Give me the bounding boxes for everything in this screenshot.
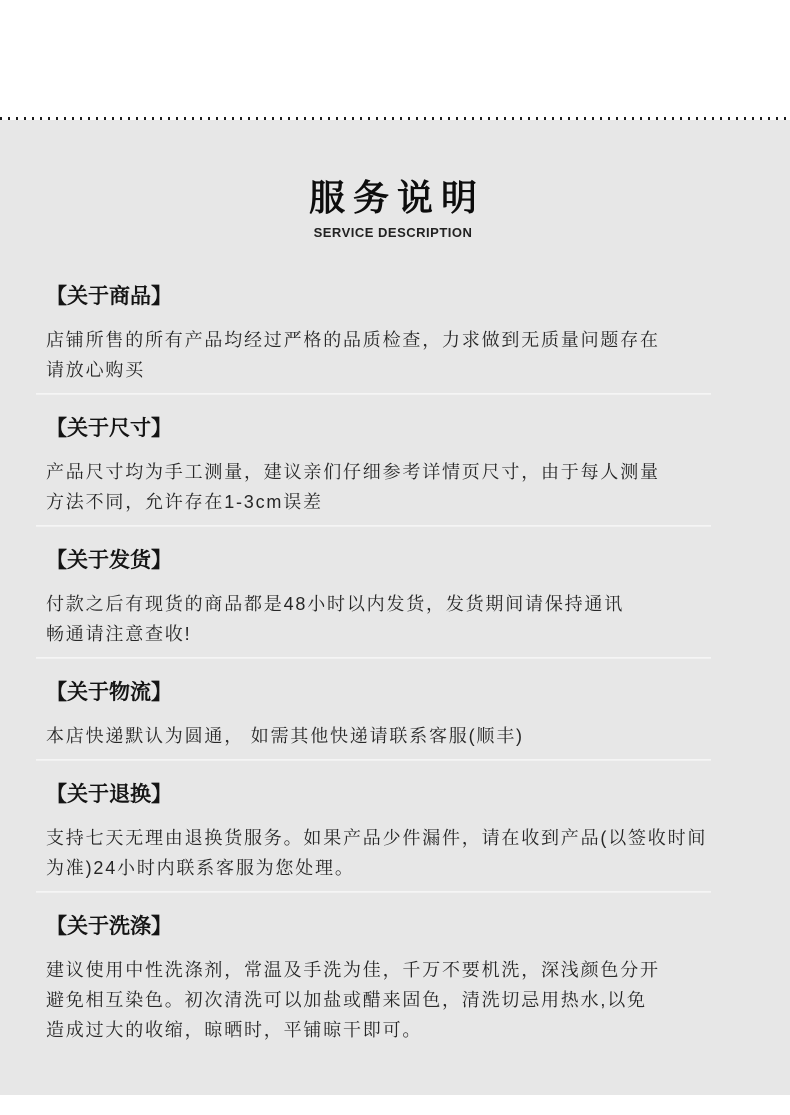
section-washing-body: 建议使用中性洗涤剂，常温及手洗为佳，千万不要机洗，深浅颜色分开 避免相互染色。初…	[46, 955, 740, 1045]
section-logistics-body: 本店快递默认为圆通， 如需其他快递请联系客服(顺丰)	[46, 721, 740, 751]
panel-header: 服务说明 SERVICE DESCRIPTION	[46, 180, 740, 239]
body-line: 请放心购买	[46, 355, 740, 385]
body-line: 本店快递默认为圆通， 如需其他快递请联系客服(顺丰)	[46, 721, 740, 751]
section-returns-heading: 【关于退换】	[46, 783, 740, 806]
section-washing-heading: 【关于洗涤】	[46, 915, 740, 938]
body-line: 为准)24小时内联系客服为您处理。	[46, 853, 740, 883]
section-product-heading: 【关于商品】	[46, 285, 740, 308]
page-subtitle: SERVICE DESCRIPTION	[46, 226, 740, 239]
section-divider	[36, 525, 711, 527]
section-shipping-heading: 【关于发货】	[46, 549, 740, 572]
section-product-body: 店铺所售的所有产品均经过严格的品质检查，力求做到无质量问题存在 请放心购买	[46, 325, 740, 385]
section-size-heading: 【关于尺寸】	[46, 417, 740, 440]
body-line: 支持七天无理由退换货服务。如果产品少件漏件，请在收到产品(以签收时间	[46, 823, 740, 853]
service-description-page: 服务说明 SERVICE DESCRIPTION 【关于商品】 店铺所售的所有产…	[0, 0, 790, 1115]
body-line: 产品尺寸均为手工测量，建议亲们仔细参考详情页尺寸，由于每人测量	[46, 457, 740, 487]
service-panel: 服务说明 SERVICE DESCRIPTION 【关于商品】 店铺所售的所有产…	[0, 120, 790, 1095]
body-line: 店铺所售的所有产品均经过严格的品质检查，力求做到无质量问题存在	[46, 325, 740, 355]
section-size: 【关于尺寸】 产品尺寸均为手工测量，建议亲们仔细参考详情页尺寸，由于每人测量 方…	[46, 417, 740, 517]
section-shipping-body: 付款之后有现货的商品都是48小时以内发货，发货期间请保持通讯 畅通请注意查收!	[46, 589, 740, 649]
page-title: 服务说明	[46, 180, 740, 216]
section-washing: 【关于洗涤】 建议使用中性洗涤剂，常温及手洗为佳，千万不要机洗，深浅颜色分开 避…	[46, 915, 740, 1045]
section-divider	[36, 393, 711, 395]
section-size-body: 产品尺寸均为手工测量，建议亲们仔细参考详情页尺寸，由于每人测量 方法不同，允许存…	[46, 457, 740, 517]
section-divider	[36, 891, 711, 893]
top-white-spacer	[0, 0, 790, 117]
section-product: 【关于商品】 店铺所售的所有产品均经过严格的品质检查，力求做到无质量问题存在 请…	[46, 285, 740, 385]
body-line: 造成过大的收缩，晾晒时，平铺晾干即可。	[46, 1015, 740, 1045]
body-line: 畅通请注意查收!	[46, 619, 740, 649]
section-divider	[36, 657, 711, 659]
body-line: 避免相互染色。初次清洗可以加盐或醋来固色，清洗切忌用热水,以免	[46, 985, 740, 1015]
sections-container: 【关于商品】 店铺所售的所有产品均经过严格的品质检查，力求做到无质量问题存在 请…	[46, 285, 740, 1045]
section-returns-body: 支持七天无理由退换货服务。如果产品少件漏件，请在收到产品(以签收时间 为准)24…	[46, 823, 740, 883]
section-shipping: 【关于发货】 付款之后有现货的商品都是48小时以内发货，发货期间请保持通讯 畅通…	[46, 549, 740, 649]
body-line: 付款之后有现货的商品都是48小时以内发货，发货期间请保持通讯	[46, 589, 740, 619]
body-line: 建议使用中性洗涤剂，常温及手洗为佳，千万不要机洗，深浅颜色分开	[46, 955, 740, 985]
section-logistics: 【关于物流】 本店快递默认为圆通， 如需其他快递请联系客服(顺丰)	[46, 681, 740, 751]
section-logistics-heading: 【关于物流】	[46, 681, 740, 704]
body-line: 方法不同，允许存在1-3cm误差	[46, 487, 740, 517]
section-divider	[36, 759, 711, 761]
section-returns: 【关于退换】 支持七天无理由退换货服务。如果产品少件漏件，请在收到产品(以签收时…	[46, 783, 740, 883]
